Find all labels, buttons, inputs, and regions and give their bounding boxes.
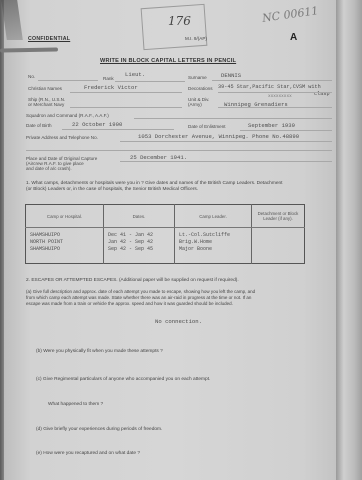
column-header-camp-leader: Camp Leader.: [175, 205, 252, 228]
question-2d-text: (d) Give briefly your experiences during…: [36, 427, 162, 432]
table-cell-camp: SHAMSHUIPO: [30, 232, 99, 239]
surname-value: DENNIS: [221, 72, 241, 79]
camps-table-body: SHAMSHUIPO NORTH POINT SHAMSHUIPO Dec 41…: [26, 228, 305, 264]
decorations-line: [218, 92, 332, 93]
enlistment-label: Date of Enlistment: [188, 124, 226, 129]
decorations-value: 39-45 Star,Pacific Star,CVSM with: [218, 84, 321, 90]
question-2-title: 2. ESCAPES OR ATTEMPTED ESCAPES. (Additi…: [26, 278, 239, 283]
dob-value: 22 October 1900: [72, 121, 122, 128]
stamp-number: 176: [168, 14, 191, 28]
question-2b-text: (b) Were you physically fit when you mad…: [36, 349, 163, 354]
unit-struck-text: xxxxxxxxx: [268, 94, 292, 99]
form-letter: A: [290, 32, 297, 43]
question-2a-text-cont2: escape was made from a train or vehicle …: [26, 301, 233, 306]
page-stack-edge: [336, 0, 362, 480]
question-2a-text: (a) Give full description and approx. da…: [26, 289, 255, 294]
rank-label: Rank: [103, 76, 114, 81]
squadron-label: Squadron and Command (R.A.F., A.A.F.): [26, 113, 109, 118]
column-header-camp: Camp or Hospital.: [26, 205, 104, 228]
table-cell-block-leader: [252, 228, 305, 264]
question-1-text: 1. What camps, detachments or hospitals …: [26, 181, 283, 186]
table-cell-dates: Dec 41 - Jan 42: [108, 232, 170, 239]
question-2c-text: (c) Give Regimental particulars of anyon…: [36, 377, 210, 382]
rank-field-line: [115, 81, 185, 82]
ship-label-cont: or Merchant Navy: [28, 102, 64, 107]
christian-names-line: [70, 92, 182, 93]
address-label: Private Address and Telephone No.: [26, 135, 98, 140]
no-label: No.: [28, 74, 35, 79]
dob-label: Date of Birth: [26, 123, 52, 128]
address-field-line: [120, 141, 332, 142]
no-field-line: [38, 80, 98, 81]
camps-table: Camp or Hospital. Dates. Camp Leader. De…: [25, 204, 305, 264]
table-cell-dates: Sep 42 - Sep 45: [108, 246, 170, 253]
question-1-text-cont: (or Block) Leaders or, in the case of ho…: [26, 187, 198, 192]
table-cell-leader: Major Boone: [179, 246, 247, 253]
address-field-line-2: [26, 150, 332, 151]
enlistment-field-line: [240, 130, 332, 131]
question-2a-answer: No connection.: [155, 318, 202, 325]
unit-label-cont: (Army): [188, 102, 202, 107]
question-2c-subtext: What happened to them ?: [48, 402, 103, 407]
camps-table-header: Camp or Hospital. Dates. Camp Leader. De…: [26, 205, 305, 228]
rank-value: Lieut.: [125, 71, 145, 78]
question-2e-text: (e) How were you recaptured and on what …: [36, 451, 140, 456]
enlistment-value: September 1939: [248, 122, 295, 129]
table-cell-leader: Brig.W.Home: [179, 239, 247, 246]
column-header-block-leader: Detachment or Block Leader (if any).: [252, 205, 305, 228]
question-2a-text-cont: from which camp each attempt was made. S…: [26, 295, 251, 300]
table-cell-dates: Jan 42 - Sep 42: [108, 239, 170, 246]
address-value: 1053 Dorchester Avenue, Winnipeg. Phone …: [138, 133, 299, 140]
form-reference: M.I. 9/(AP): [185, 36, 207, 41]
dob-field-line: [62, 129, 174, 130]
capture-label-cont2: and date of a/c crash).: [26, 166, 72, 171]
table-cell-camp: SHAMSHUIPO: [30, 246, 99, 253]
table-cell-leader: Lt.-Col.Sutcliffe: [179, 232, 247, 239]
christian-names-label: Christian Names: [28, 86, 62, 91]
decorations-label: Decorations: [188, 86, 213, 91]
table-cell-camp: NORTH POINT: [30, 239, 99, 246]
christian-names-value: Frederick Victor: [84, 84, 138, 91]
column-header-dates: Dates.: [104, 205, 175, 228]
classification-label: CONFIDENTIAL: [28, 36, 70, 42]
surname-label: Surname: [188, 75, 207, 80]
capture-field-line: [120, 161, 332, 162]
form-instruction-heading: WRITE IN BLOCK CAPITAL LETTERS IN PENCIL: [100, 58, 236, 64]
capture-value: 25 December 1941.: [130, 154, 187, 161]
squadron-field-line: [134, 118, 332, 119]
ship-field-line: [70, 107, 182, 108]
surname-field-line: [212, 80, 332, 81]
unit-field-line: [218, 107, 332, 108]
